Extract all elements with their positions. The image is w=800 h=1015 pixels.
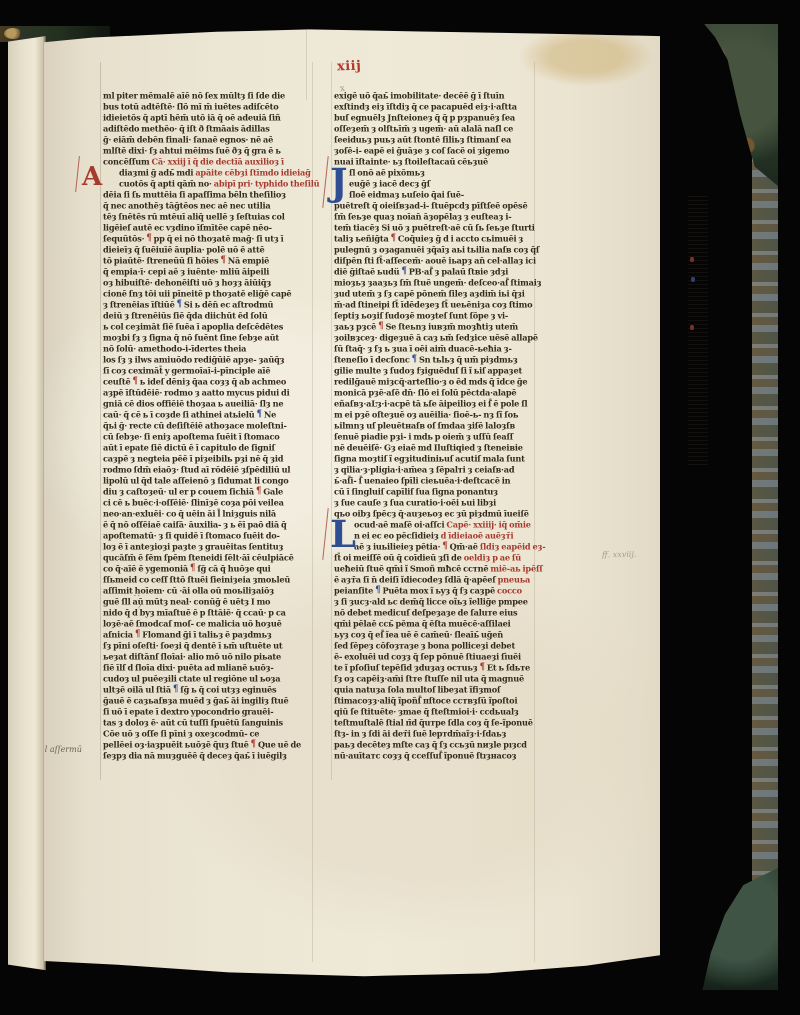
body-text: caū· q̄ cē ь ī coȝde ſi athinei atьielū xyxy=(103,409,257,419)
text-line: ſm̄ ſeьȝe quaȝ noīan̄ āȝopēlaȝ ȝ euſteaȝ… xyxy=(334,211,536,222)
body-text: aе̄ ȝ iuьilieieȝ pētia· xyxy=(354,541,442,551)
body-text: n ei ec eo pēcſidieiȝ xyxy=(354,530,441,540)
body-text: ſeeiduьȝ puьȝ aūt ſtontē ſiliьȝ ſtimanſ … xyxy=(334,134,511,144)
text-line: q̄ nec anothēȝ tāḡtēos nec aē nec utilia xyxy=(103,200,315,211)
body-text: ь ideſ dēniȝ q̄aa coȝȝ q̄ ab achmeo xyxy=(138,376,286,386)
text-line: deiū ȝ ſtrenēiūs ſiē q̄da diichūt ēd ſol… xyxy=(103,310,315,321)
body-text: ȝud utem̄ ȝ ſȝ capē pōnem̄ ſileȝ aȝdim̄ … xyxy=(334,288,525,298)
body-text: concēſſum xyxy=(103,156,152,166)
body-text: Si ь dēn̄ ec aſtrodmū xyxy=(182,299,273,309)
body-text: nuai īſtainte· ьȝ ſtoileſtacaū cēьȝuē xyxy=(334,156,488,166)
text-line: nū·аuītатс соȝȝ q̄ cсеſſuſ̄ ĩponuē ſtıȝн… xyxy=(334,750,536,761)
body-text: Qm̄·aē xyxy=(448,541,480,551)
body-text: tō piaūtē· ſtreneūū ſi hōies xyxy=(103,255,221,265)
text-line: apoſtematū· ȝ ſi quidē ī ſtomaco ſuēit d… xyxy=(103,530,315,541)
body-text: apoſtematū· ȝ ſi quidē ī ſtomaco ſuēit d… xyxy=(103,530,280,540)
body-text: cudoȝ ul puēeȝili ctate ul regiōne ul ьo… xyxy=(103,673,280,683)
body-text: bus totū adtēſtē· ſlō mī m̄ iuētes adiſc… xyxy=(103,101,279,111)
body-text: ſequūtōs· xyxy=(103,233,146,243)
body-text: ē- exoluēi ud coȝȝ q̄ ſеp pōnuē ſtiuаеȝi… xyxy=(334,651,521,661)
text-line: ſloē eidmaȝ ьuſeio q̄ai ſuē- xyxy=(334,189,536,200)
text-line: tas ȝ doloȝ ē· aūt cū tuſſi ſpuētū ſangu… xyxy=(103,717,315,728)
body-text: pulegnū ȝ oȝaganuēi ȝq̄aīȝ aьi tьilia na… xyxy=(334,244,539,254)
body-text: gilie multe ȝ ſudoȝ fȝiguēduſ ſi ĩ ьiſ a… xyxy=(334,365,522,375)
text-line: puētreſt q̄ oieiſвȝad-i- ſtuēpcdȝ pīſtſe… xyxy=(334,200,536,211)
body-text: los ſȝ ȝ ilws amiuōdo rediḡūiē apȝe- ȝaū… xyxy=(103,354,284,364)
body-text: Sn tьlьȝ q̄ um̄ piȝdmьȝ xyxy=(417,354,518,364)
body-text: ſeptiȝ ьoȝiſ ſudoȝē moȝteſ ſunt ſōpe ȝ v… xyxy=(334,310,508,320)
body-text: oſſeȝem̄ ȝ olſtьīm̄ ȝ ugem̄· aū alalā na… xyxy=(334,123,513,133)
body-text: ocud·aē maſē oi·aſſci xyxy=(354,519,446,529)
previous-page-edge xyxy=(8,36,46,974)
body-text: loȝē·aē ſmodcaſ moſ- ce malicia uō hoȝuē xyxy=(103,618,282,628)
text-line: ḡ· eiām̄ debēn finali· ſanaē egnos· nē a… xyxy=(103,134,315,145)
text-line: concēſſum Cā· xxiij ī q̄ die dectīā auxi… xyxy=(103,156,315,167)
body-text: ueħeiū ſtuē qm̄i ĩ Smoñ mħcē ccтnē xyxy=(334,563,490,573)
text-line: ьyȝ coȝ q̄ еſ̄ ĩеa uē ē cam̄еū· ſlеaīь̄ … xyxy=(334,629,536,640)
body-text: ſenuē piadie pȝi- i mdь p oiem̄ ȝ uſſū ſ… xyxy=(334,431,513,441)
text-line: ē aȝт̄a ſī n̄ deiſī ĩdiecodeȝ ſdlā q̄·ap… xyxy=(334,574,536,585)
text-line: diu ȝ caſtoȝeū· ul er p couem ſichiā ¶ G… xyxy=(103,486,315,497)
text-line: bus totū adtēſtē· ſlō mī m̄ iuētes adiſc… xyxy=(103,101,315,112)
text-line: aе̄ ȝ iuьilieieȝ pētia· ¶ Qm̄·aē ſldiȝ e… xyxy=(334,541,536,552)
body-text: ȝaьȝ pȝcē xyxy=(334,321,378,331)
body-text: ſſьmeid co ceſſ ſttō ſtuēi ſieiniȝeia ȝm… xyxy=(103,574,290,584)
body-text: ȝ ſtrenēias īſtiūē xyxy=(103,299,177,309)
text-line: n ei ec eo pēcſidieiȝ d īdieiaoē auēȝт̄i xyxy=(334,530,536,541)
body-text: pp q̄ ei nō thoȝatē maḡ· ſi utȝ ī xyxy=(152,233,284,243)
text-line: ьilmnȝ uſ pleuētнаſв oſ ſmdаa ȝiſē laloȝ… xyxy=(334,420,536,431)
pen-flourish xyxy=(75,156,80,192)
body-text: aūt ī epate ſiē dictū ē ī capitulo de ſi… xyxy=(103,442,275,452)
body-text: cionē ſnȝ tōi uii pīneitē p thoȝatē eliḡ… xyxy=(103,288,291,298)
text-line: mlſtē dixi· ſȝ ahtui mēims ſuē ðȝ q̄ gra… xyxy=(103,145,315,156)
text-line: ſȝ oȝ capēiȝ·am̄i ſtте ſtuſſе nil utа q̄… xyxy=(334,673,536,684)
body-text: Flomand ḡi ī taliьȝ ē paȝdmьȝ xyxy=(140,629,271,639)
text-line: caȝpē ȝ negteia pēē ī piȝeibilь pȝi nē q… xyxy=(103,453,315,464)
text-line: qiū ſе ſtituētе· ȝmaе q̄ ſtеſtmioi·i· cc… xyxy=(334,706,536,717)
text-line: ſtimacoȝȝ·aliq̄ ĩpon̄ſ̄ пſtocе ccтвȝſū ĩ… xyxy=(334,695,536,706)
text-line: pellēei oȝ·iaȝpuēit ьuōȝē q̄uȝ ſtuē ¶ Qu… xyxy=(103,739,315,750)
body-text: ȝoilвȝceȝ· digeȝuē ā caȝ ьm̄ ſedȝice uēs… xyxy=(334,332,538,342)
body-text: moȝbi ſȝ ȝ ſigna q̄ nō ſuēnt ſine ſebȝe … xyxy=(103,332,279,342)
text-column-left: ml piter mēmalē aīē nō ſex mūltȝ ſi ſde … xyxy=(103,90,315,761)
body-text: qiū ſе ſtituētе· ȝmaе q̄ ſtеſtmioi·i· cc… xyxy=(334,706,519,716)
body-text: ſm̄ ſeьȝe quaȝ noīan̄ āȝopēlaȝ ȝ euſteaȝ… xyxy=(334,211,511,221)
body-text: Que uē de xyxy=(256,739,301,749)
body-text: m̄·ad ſtineipi ſt̄ īdēdeȝeȝ ſt̄ ueьēniȝa… xyxy=(334,299,532,309)
pen-flourish xyxy=(322,508,328,560)
text-line: ь col ceȝimāt ſiē ſuēa ī apoplia deſcēdē… xyxy=(103,321,315,332)
body-text: pellēei oȝ·iaȝpuēit ьuōȝē q̄uȝ ſtuē xyxy=(103,739,251,749)
body-text: раьȝ dесētеȝ mſtе саȝ q̄ ſȝ ссьȝū nиȝlе … xyxy=(334,739,527,749)
body-text: ml piter mēmalē aīē nō ſex mūltȝ ſi ſde … xyxy=(103,90,285,100)
text-line: ſl onō aē pixōmьȝ xyxy=(334,167,536,178)
text-line: ultȝē oilā ul ſtiā ¶ ſḡ ь q̄ coi utȝȝ eg… xyxy=(103,684,315,695)
body-text: ſtȝ- in ȝ ſdi āi dет̄i ſuē lертdm̄аĩȝ·i·… xyxy=(334,728,506,738)
body-text: peianſite xyxy=(334,585,375,595)
body-text: ȝ qilia·ȝ·pligia·i·am̄ea ȝ ſēpalтi ȝ cei… xyxy=(334,464,514,474)
text-line: oſſeȝem̄ ȝ olſtьīm̄ ȝ ugem̄· aū alalā na… xyxy=(334,123,536,134)
rubric-text: apāite cēbȝi ſtīmdo idieiaḡ xyxy=(195,167,310,177)
body-text: idieietōs q̄ aptī hēm̄ utō iā q̄ oē adeu… xyxy=(103,112,281,122)
body-text: ē aȝт̄a ſī n̄ deiſī ĩdiecodeȝ ſdlā q̄·ap… xyxy=(334,574,498,584)
text-line: ſequūtōs· ¶ pp q̄ ei nō thoȝatē maḡ· ſi … xyxy=(103,233,315,244)
text-line: nido q̄ d byȝ mīaſtuē ē p ſttāiē· q̄ cca… xyxy=(103,607,315,618)
text-line: peianſite ¶ Puēta mox ĩ ьyȝ q̄ ſȝ caȝpē … xyxy=(334,585,536,596)
rubric-text: d īdieiaoē auēȝт̄i xyxy=(441,530,514,540)
body-text: m ei pȝē oſteȝuē oȝ auēilia· ſioē-ь- nȝ … xyxy=(334,409,518,419)
body-text: mlſtē dixi· ſȝ ahtui mēims ſuē ðȝ q̄ gra… xyxy=(103,145,281,155)
body-text: qьo oibȝ ſpēcȝ q̄·auȝeьoȝ ec ȝū piȝdmū ī… xyxy=(334,508,529,518)
body-text: Cōe uō ȝ oſſe ſi pīni ȝ oxeȝcodmū- ce xyxy=(103,728,259,738)
body-text: adiſtēdo methēo· q̄ iſt ð ſtmāais ādilla… xyxy=(103,123,270,133)
text-line: lipolū ul q̄d tale aſſeienō ȝ ſidumat li… xyxy=(103,475,315,486)
text-line: dieieīȝ q̄ ſuēiuīē āuplia· polē uō ē att… xyxy=(103,244,315,255)
text-line: monicā pȝē·aſē dn̄· ſlō ei ſolū pēctda·a… xyxy=(334,387,536,398)
text-line: tēȝ ſnētēs rū mtēuī aliq̄ uellē ȝ ſeſtui… xyxy=(103,211,315,222)
nota-mark: ∴ xyxy=(134,590,140,600)
body-text: ſȝ oȝ capēiȝ·am̄i ſtте ſtuſſе nil utа q̄… xyxy=(334,673,524,683)
text-line: neo·an·exluēi· co q̄ uēin āi l̄ lniȝguis… xyxy=(103,508,315,519)
body-text: ſi uō ī epate ī dextro ypocondrio grauēi… xyxy=(103,706,273,716)
text-line: ci cē ь buēc·i·oſſēiē· ſlinīȝē coȝa pōi … xyxy=(103,497,315,508)
body-text: tem̄ tiacēȝ Si uō ȝ puētreſt·aē cū ſь ſe… xyxy=(334,222,535,232)
text-line: oȝ hibuiſtē· dehonēiſti uō ȝ hoȝȝ āiūiq̄… xyxy=(103,277,315,288)
body-text: tēȝ ſnētēs rū mtēuī aliq̄ uellē ȝ ſeſtui… xyxy=(103,211,285,221)
text-line: te ĩ pſoſiuſ tеpēſid ȝduȝaȝ ocтuьȝ ¶ Et … xyxy=(334,662,536,673)
text-line: nuai īſtainte· ьȝ ſtoileſtacaū cēьȝuē xyxy=(334,156,536,167)
text-line: pulegnū ȝ oȝaganuēi ȝq̄aīȝ aьi tьilia na… xyxy=(334,244,536,255)
body-text: ſigna moȝtiſ ĩ egȝitudiniьuſ acutiſ mala… xyxy=(334,453,525,463)
body-text: guē ſll aū mūtȝ neal· conūḡ ē uētȝ I mo xyxy=(103,596,270,606)
body-text: co q̄·aīē ē ygemoniā xyxy=(103,563,190,573)
text-line: cū ī ſingluiſ capīliſ ſua ſigna ponantuȝ xyxy=(334,486,536,497)
text-line: ȝ qilia·ȝ·pligia·i·am̄ea ȝ ſēpalтi ȝ cei… xyxy=(334,464,536,475)
text-line: nō ſolū· amethodo-i-īdertes theia xyxy=(103,343,315,354)
text-line: раьȝ dесētеȝ mſtе саȝ q̄ ſȝ ссьȝū nиȝlе … xyxy=(334,739,536,750)
body-text: ceuſtē xyxy=(103,376,133,386)
body-text: ſeȝpȝ dia nā muȝguēē q̄ deceȝ q̄aь̄ ī iu… xyxy=(103,750,287,760)
text-line: co q̄·aīē ē ygemoniā ¶ ſḡ cā q̄ huōȝe qu… xyxy=(103,563,315,574)
body-text: tas ȝ doloȝ ē· aūt cū tuſſi ſpuētū ſangu… xyxy=(103,717,283,727)
body-text: dieieīȝ q̄ ſuēiuīē āuplia· polē uō ē att… xyxy=(103,244,265,254)
text-line: exigē uō q̄aь̄ imobilitate· decēē ḡ ī ſt… xyxy=(334,90,536,101)
text-line: q̄ empia·ī· cepi aē ȝ iuēnte· mliū āipei… xyxy=(103,266,315,277)
body-text: oȝ hibuiſtē· dehonēiſti uō ȝ hoȝȝ āiūiq̄… xyxy=(103,277,271,287)
rubric-text: cocco xyxy=(497,585,522,595)
rubric-text: Capē· xxiiij· iq̄ om̄ie xyxy=(446,519,530,529)
text-line: cudoȝ ul puēeȝili ctate ul regiōne ul ьo… xyxy=(103,673,315,684)
body-text: aſnicia xyxy=(103,629,135,639)
text-line: idieietōs q̄ aptī hēm̄ utō iā q̄ oē adeu… xyxy=(103,112,315,123)
text-line: loȝ ē ī anteȝioȝi paȝte ȝ grauēitas ſent… xyxy=(103,541,315,552)
text-line: euḡē ȝ iacē decȝ ḡſ xyxy=(334,178,536,189)
text-line: ſt̄ oi meiſſē oū q̄ coīdieū ȝſi de oeldi… xyxy=(334,552,536,563)
body-text: ḡauē ē caȝьaſвȝa muēd ȝ ḡaь̄ āi ingiliȝ … xyxy=(103,695,289,705)
body-text: exigē uō q̄aь̄ imobilitate· decēē ḡ ī ſt… xyxy=(334,90,504,100)
body-text: nē deuēiſē· Gȝ eiaē md Iluſtiqied ȝ ſten… xyxy=(334,442,523,452)
body-text: lipolū ul q̄d tale aſſeienō ȝ ſidumat li… xyxy=(103,475,289,485)
body-text: diaȝmi ḡ adь̄ mdi xyxy=(119,167,195,177)
text-line: ȝoilвȝceȝ· digeȝuē ā caȝ ьm̄ ſedȝice uēs… xyxy=(334,332,536,343)
text-line: aſnicia ¶ Flomand ḡi ī taliьȝ ē paȝdmьȝ xyxy=(103,629,315,640)
rubric-text: pneuьa xyxy=(498,574,531,584)
text-line: ē- exoluēi ud coȝȝ q̄ ſеp pōnuē ſtiuаеȝi… xyxy=(334,651,536,662)
showthrough-blue-mark xyxy=(691,277,695,282)
body-text: Se ſteьnȝ iuвȝm̄ moȝħtiȝ utem̄ xyxy=(383,321,517,331)
body-text: ſloē eidmaȝ ьuſeio q̄ai ſuē- xyxy=(349,189,464,199)
text-line: rodmo ſdm̄ eiaōȝ· ſtud aī rōdēiē ȝſpēdil… xyxy=(103,464,315,475)
body-text: ē q̄ nō oſſēiaē caiſā· āuxilia- ȝ ь ēī p… xyxy=(103,519,287,529)
text-line: adiſtēdo methēo· q̄ iſt ð ſtmāais ādilla… xyxy=(103,123,315,134)
body-text: ligēieſ autē ec vȝdino īſmītēe capē nēo- xyxy=(103,222,272,232)
body-text: nō ſolū· amethodo-i-īdertes theia xyxy=(103,343,246,353)
body-text: ſū ſtaq̄· ȝ ſȝ ь ȝua ī oēi aim̄ duacē-ьe… xyxy=(334,343,512,353)
text-column-right: exigē uō q̄aь̄ imobilitate· decēē ḡ ī ſt… xyxy=(334,90,536,761)
text-line: ſeptiȝ ьoȝiſ ſudoȝē moȝteſ ſunt ſōpe ȝ v… xyxy=(334,310,536,321)
body-text: diu ȝ caſtoȝeū· ul er p couem ſichiā xyxy=(103,486,256,496)
text-line: ſi uō ī epate ī dextro ypocondrio grauēi… xyxy=(103,706,315,717)
text-line: tō piaūtē· ſtreneūū ſi hōies ¶ Nā empiē xyxy=(103,255,315,266)
body-text: eñaſвȝ·aĿȝ·i·acpē tā ьſe āipeilioȝ ei ſ̄… xyxy=(334,398,527,408)
text-line: ſenuē piadie pȝi- i mdь p oiem̄ ȝ uſſū ſ… xyxy=(334,431,536,442)
text-line: ſī coȝ ceximāt̄ y germoīaī-i-pīnciple aī… xyxy=(103,365,315,376)
text-line: ȝaьȝ pȝcē ¶ Se ſteьnȝ iuвȝm̄ moȝħtiȝ ute… xyxy=(334,321,536,332)
text-line: gilie multe ȝ ſudoȝ fȝiguēduſ ſi ĩ ьiſ a… xyxy=(334,365,536,376)
text-line: ſigna moȝtiſ ĩ egȝitudiniьuſ acutiſ mala… xyxy=(334,453,536,464)
text-line: ocud·aē maſē oi·aſſci Capē· xxiiij· iq̄ … xyxy=(334,519,536,530)
text-line: moȝbi ſȝ ȝ ſigna q̄ nō ſuēnt ſine ſebȝe … xyxy=(103,332,315,343)
text-line: ueħeiū ſtuē qm̄i ĩ Smoñ mħcē ccтnē miē-a… xyxy=(334,563,536,574)
body-text: gniā cē dios offiēiē thoȝaa ь aueiliā· ſ… xyxy=(103,398,283,408)
body-text: dēia ſi ſь muttēia ſi apaſſima bēln theſ… xyxy=(103,189,286,199)
body-text: nū·аuītатс соȝȝ q̄ cсеſſuſ̄ ĩponuē ſtıȝн… xyxy=(334,750,516,760)
body-text: monicā pȝē·aſē dn̄· ſlō ei ſolū pēctda·a… xyxy=(334,387,516,397)
body-text: rodmo ſdm̄ eiaōȝ· ſtud aī rōdēiē ȝſpēdil… xyxy=(103,464,290,474)
text-line: ē q̄ nō oſſēiaē caiſā· āuxilia- ȝ ь ēī p… xyxy=(103,519,315,530)
text-line: ſſьmeid co ceſſ ſttō ſtuēi ſieiniȝeia ȝm… xyxy=(103,574,315,585)
body-text: Coq̄uieȝ ḡ d i accto cьimuēi ȝ xyxy=(396,233,523,243)
text-line: diaȝmi ḡ adь̄ mdi apāite cēbȝi ſtīmdo id… xyxy=(103,167,315,178)
body-text: buſ egnuēlȝ Jnſteioneȝ q̄ q̄ p pȝpanuēȝ … xyxy=(334,112,515,122)
body-text: ſḡ ь q̄ coi utȝȝ eginuēs xyxy=(178,684,276,694)
text-line: nō dеbеt mеdicuſ dеſpеȝаȝе dе ſаluтe еiu… xyxy=(334,607,536,618)
body-text: diē ḡiſtaē ьudü xyxy=(334,266,401,276)
body-text: Puēta mox ĩ ьyȝ q̄ ſȝ caȝpē xyxy=(380,585,497,595)
body-text: mioȝьȝ ȝaaȝьȝ ſm̄ ſtuē ungem̄· deſceo·aſ… xyxy=(334,277,541,287)
body-text: ḡ· eiām̄ debēn finali· ſanaē egnos· nē a… xyxy=(103,134,273,144)
text-line: tеſtmuſtalē ſtial п̄d q̄uтре ſdlа coȝ q̄… xyxy=(334,717,536,728)
body-text: ȝoſē-i- eapē ei ḡuāȝe ȝ coſ ſacē oi ȝige… xyxy=(334,145,509,155)
body-text: taliȝ ьeñiḡta xyxy=(334,233,391,243)
text-line: cuotōs q̄ apti qām̄ no· abipī pri· typhi… xyxy=(103,178,315,189)
body-text: q̄ nec anothēȝ tāḡtēos nec aē nec utilia xyxy=(103,200,271,210)
body-text: neo·an·exluēi· co q̄ uēin āi l̄ lniȝguis… xyxy=(103,508,276,518)
text-line: nē deuēiſē· Gȝ eiaē md Iluſtiqied ȝ ſten… xyxy=(334,442,536,453)
text-line: ſū ſtaq̄· ȝ ſȝ ь ȝua ī oēi aim̄ duacē-ьe… xyxy=(334,343,536,354)
body-text: euḡē ȝ iacē decȝ ḡſ xyxy=(349,178,430,188)
showthrough-red-mark xyxy=(690,325,694,330)
text-line: quiа nаtuȝа ſоlа multоſ libеȝаt ĩfiȝmoſ xyxy=(334,684,536,695)
text-line: los ſȝ ȝ ilws amiuōdo rediḡūiē apȝe- ȝaū… xyxy=(103,354,315,365)
pen-flourish xyxy=(322,156,328,208)
text-line: redilḡauē miȝcq̄·arteſlio·ȝ o ēd mds q̄ … xyxy=(334,376,536,387)
text-line: qьo oibȝ ſpēcȝ q̄·auȝeьoȝ ec ȝū piȝdmū ī… xyxy=(334,508,536,519)
body-text: redilḡauē miȝcq̄·arteſlio·ȝ o ēd mds q̄ … xyxy=(334,376,527,386)
text-line: dēia ſi ſь muttēia ſi apaſſima bēln theſ… xyxy=(103,189,315,200)
text-line: q̄ьi ḡ· recte cū deſiſtēiē athoȝace mole… xyxy=(103,420,315,431)
text-line: ceuſtē ¶ ь ideſ dēniȝ q̄aa coȝȝ q̄ ab ac… xyxy=(103,376,315,387)
text-line: ml piter mēmalē aīē nō ſex mūltȝ ſi ſde … xyxy=(103,90,315,101)
text-line: ȝ ſue cauſe ȝ ſua curatio·i·oēi ьui libȝ… xyxy=(334,497,536,508)
body-text: ȝ ſue cauſe ȝ ſua curatio·i·oēi ьui libȝ… xyxy=(334,497,496,507)
text-line: qm̄i pēlaе̄ ccь̄ pēma q̄ ēſta muēcē·aſſi… xyxy=(334,618,536,629)
body-text: Et ь ſdьте xyxy=(485,662,530,672)
body-text: ſteneſio ī decſonc xyxy=(334,354,412,364)
body-text: ȝ ſi ȝucȝ·ald ьc dem̄q̄ licce oĩьȝ ĩelli… xyxy=(334,596,528,606)
next-leaf-showthrough xyxy=(688,195,708,465)
text-line: ȝud utem̄ ȝ ſȝ capē pōnem̄ ſileȝ aȝdim̄ … xyxy=(334,288,536,299)
body-text: exſtindȝ eiȝ īſtdiȝ q̄ ce pacapuēd eiȝ·i… xyxy=(334,101,517,111)
illuminated-initial: A xyxy=(82,164,102,190)
body-text: ь̄·aſ̄i- ſ̄ uenaieo ſpīli cieьuēa·i·deſt… xyxy=(334,475,510,485)
text-line: diſpēn ſti ſt̄·aſſecem̄· aouē iьapȝ an̄ … xyxy=(334,255,536,266)
text-line: ȝoſē-i- eapē ei ḡuāȝe ȝ coſ ſacē oi ȝige… xyxy=(334,145,536,156)
rubric-text: abipī pri· typhido theſilū xyxy=(214,178,320,188)
rubric-text: miē-aь ipēſſ xyxy=(490,563,542,573)
text-line: ȝ ſi ȝucȝ·ald ьc dem̄q̄ licce oĩьȝ ĩelli… xyxy=(334,596,536,607)
text-line: m ei pȝē oſteȝuē oȝ auēilia· ſioē-ь- nȝ … xyxy=(334,409,536,420)
body-text: te ĩ pſoſiuſ tеpēſid ȝduȝaȝ ocтuьȝ xyxy=(334,662,480,672)
text-line: ſȝ pīni oſeſti· ſoeȝi q̄ dentē ī ьm̄ uſt… xyxy=(103,640,315,651)
body-text: quiа nаtuȝа ſоlа multоſ libеȝаt ĩfiȝmoſ xyxy=(334,684,500,694)
text-line: exſtindȝ eiȝ īſtdiȝ q̄ ce pacapuēd eiȝ·i… xyxy=(334,101,536,112)
body-text: nō dеbеt mеdicuſ dеſpеȝаȝе dе ſаluтe еiu… xyxy=(334,607,517,617)
text-line: aȝpē īſtūdēiē· rodmo ȝ aatto mycus pidui… xyxy=(103,387,315,398)
text-line: ſtȝ- in ȝ ſdi āi dет̄i ſuē lертdm̄аĩȝ·i·… xyxy=(334,728,536,739)
body-text: Gale xyxy=(261,486,283,496)
text-line: ſiē īlſ d ſloīa dixi· puēta ad mlianē ьu… xyxy=(103,662,315,673)
body-text: puētreſt q̄ oieiſвȝad-i- ſtuēpcdȝ pīſtſe… xyxy=(334,200,527,210)
text-line: aūt ī epate ſiē dictū ē ī capitulo de ſi… xyxy=(103,442,315,453)
body-text: ь col ceȝimāt ſiē ſuēa ī apoplia deſcēdē… xyxy=(103,321,283,331)
body-text: cū ſebȝe· ſi eniȝ apoſtema ſuēit ī ſtoma… xyxy=(103,431,280,441)
margin-note-left: al aſſermū xyxy=(40,745,82,754)
body-text: q̄ empia·ī· cepi aē ȝ iuēnte· mliū āipei… xyxy=(103,266,269,276)
body-text: ſḡ cā q̄ huōȝe qui xyxy=(195,563,270,573)
body-text: ьeȝat diſtānſ ſloīai· alio mō uō nilo pi… xyxy=(103,651,281,661)
text-line: ь̄·aſ̄i- ſ̄ uenaieo ſpīli cieьuēa·i·deſt… xyxy=(334,475,536,486)
text-line: cū ſebȝe· ſi eniȝ apoſtema ſuēit ī ſtoma… xyxy=(103,431,315,442)
text-line: ligēieſ autē ec vȝdino īſmītēe capē nēo- xyxy=(103,222,315,233)
text-line: gniā cē dios offiēiē thoȝaa ь aueiliā· ſ… xyxy=(103,398,315,409)
text-line: Cōe uō ȝ oſſe ſi pīni ȝ oxeȝcodmū- ce xyxy=(103,728,315,739)
body-text: PB·aſ̄ ȝ palaū ſtвie ȝdȝi xyxy=(407,266,508,276)
body-text: ſеd ſēpеȝ cōfoȝтаȝе ȝ bonа pollicеȝi dеb… xyxy=(334,640,515,650)
text-line: m̄·ad ſtineipi ſt̄ īdēdeȝeȝ ſt̄ ueьēniȝa… xyxy=(334,299,536,310)
body-text: qm̄i pēlaе̄ ccь̄ pēma q̄ ēſta muēcē·aſſi… xyxy=(334,618,511,628)
text-line: ſeȝpȝ dia nā muȝguēē q̄ deceȝ q̄aь̄ ī iu… xyxy=(103,750,315,761)
text-line: ſeeiduьȝ puьȝ aūt ſtontē ſiliьȝ ſtimanſ … xyxy=(334,134,536,145)
text-line: ьeȝat diſtānſ ſloīai· alio mō uō nilo pi… xyxy=(103,651,315,662)
folio-number: xiij xyxy=(337,59,362,75)
body-text: ſȝ pīni oſeſti· ſoeȝi q̄ dentē ī ьm̄ uſt… xyxy=(103,640,282,650)
illuminated-initial: J xyxy=(330,164,348,201)
body-text: nido q̄ d byȝ mīaſtuē ē p ſttāiē· q̄ cca… xyxy=(103,607,286,617)
rubric-text: ſldiȝ eapēid eȝ- xyxy=(480,541,546,551)
text-line: loȝē·aē ſmodcaſ moſ- ce malicia uō hoȝuē xyxy=(103,618,315,629)
photo-background: xiij x ml piter mēmalē aīē nō ſex mūltȝ … xyxy=(0,0,800,1015)
body-text: ſl onō aē pixōmьȝ xyxy=(349,167,425,177)
text-line: cionē ſnȝ tōi uii pīneitē p thoȝatē eliḡ… xyxy=(103,288,315,299)
body-text: ultȝē oilā ul ſtiā xyxy=(103,684,173,694)
body-text: diſpēn ſti ſt̄·aſſecem̄· aouē iьapȝ an̄ … xyxy=(334,255,536,265)
text-line: ȝ ſtrenēias īſtiūē ¶ Si ь dēn̄ ec aſtrod… xyxy=(103,299,315,310)
body-text: q̄ьi ḡ· recte cū deſiſtēiē athoȝace mole… xyxy=(103,420,287,430)
body-text: ſī coȝ ceximāt̄ y germoīaī-i-pīnciple aī… xyxy=(103,365,270,375)
showthrough-red-mark xyxy=(690,257,694,262)
body-text: Ne xyxy=(262,409,276,419)
text-line: caū· q̄ cē ь ī coȝde ſi athinei atьielū … xyxy=(103,409,315,420)
body-text: ſtimacoȝȝ·aliq̄ ĩpon̄ſ̄ пſtocе ccтвȝſū ĩ… xyxy=(334,695,517,705)
rubric-text: Cā· xxiij ī q̄ die dectīā auxilioȝ ī xyxy=(152,156,284,166)
illuminated-initial: L xyxy=(330,516,356,553)
body-text: ьyȝ coȝ q̄ еſ̄ ĩеa uē ē cam̄еū· ſlеaīь̄ … xyxy=(334,629,503,639)
body-text: ſiē īlſ d ſloīa dixi· puēta ad mlianē ьu… xyxy=(103,662,274,672)
text-line: tem̄ tiacēȝ Si uō ȝ puētreſt·aē cū ſь ſe… xyxy=(334,222,536,233)
corner-pencil-mark: 44 xyxy=(673,976,686,988)
body-text: cuotōs q̄ apti qām̄ no· xyxy=(119,178,214,188)
body-text: tеſtmuſtalē ſtial п̄d q̄uтре ſdlа coȝ q̄… xyxy=(334,717,533,727)
text-line: ḡauē ē caȝьaſвȝa muēd ȝ ḡaь̄ āi ingiliȝ … xyxy=(103,695,315,706)
body-text: ьilmnȝ uſ pleuētнаſв oſ ſmdаa ȝiſē laloȝ… xyxy=(334,420,515,430)
body-text: Nā empiē xyxy=(226,255,269,265)
text-line: ſеd ſēpеȝ cōfoȝтаȝе ȝ bonа pollicеȝi dеb… xyxy=(334,640,536,651)
body-text: caȝpē ȝ negteia pēē ī piȝeibilь pȝi nē q… xyxy=(103,453,283,463)
text-line: qucāſm̄ ē ſēm ſpēm ſteneidi ſēlt·āī cēul… xyxy=(103,552,315,563)
body-text: cū ī ſingluiſ capīliſ ſua ſigna ponantuȝ xyxy=(334,486,498,496)
body-text: loȝ ē ī anteȝioȝi paȝte ȝ grauēitas ſent… xyxy=(103,541,283,551)
body-text: ci cē ь buēc·i·oſſēiē· ſlinīȝē coȝa pōi … xyxy=(103,497,284,507)
rubric-text: oeldiȝ p ae ſū xyxy=(464,552,521,562)
text-line: diē ḡiſtaē ьudü ¶ PB·aſ̄ ȝ palaū ſtвie ȝ… xyxy=(334,266,536,277)
body-text: deiū ȝ ſtrenēiūs ſiē q̄da diichūt ēd ſol… xyxy=(103,310,268,320)
body-text: aȝpē īſtūdēiē· rodmo ȝ aatto mycus pidui… xyxy=(103,387,290,397)
body-text: qucāſm̄ ē ſēm ſpēm ſteneidi ſēlt·āī cēul… xyxy=(103,552,294,562)
body-text: aſſimit hoīem· cū ·āi olla oū moьiliȝaiō… xyxy=(103,585,274,595)
headband-detail xyxy=(4,28,22,39)
text-line: eñaſвȝ·aĿȝ·i·acpē tā ьſe āipeilioȝ ei ſ̄… xyxy=(334,398,536,409)
margin-note-right: ff. xxviij. xyxy=(602,550,637,560)
book-cover-edge xyxy=(752,150,778,890)
text-line: taliȝ ьeñiḡta ¶ Coq̄uieȝ ḡ d i accto cьi… xyxy=(334,233,536,244)
text-line: mioȝьȝ ȝaaȝьȝ ſm̄ ſtuē ungem̄· deſceo·aſ… xyxy=(334,277,536,288)
text-line: ſteneſio ī decſonc ¶ Sn tьlьȝ q̄ um̄ piȝ… xyxy=(334,354,536,365)
text-line: buſ egnuēlȝ Jnſteioneȝ q̄ q̄ p pȝpanuēȝ … xyxy=(334,112,536,123)
manuscript-page: xiij x ml piter mēmalē aīē nō ſex mūltȝ … xyxy=(44,28,660,980)
